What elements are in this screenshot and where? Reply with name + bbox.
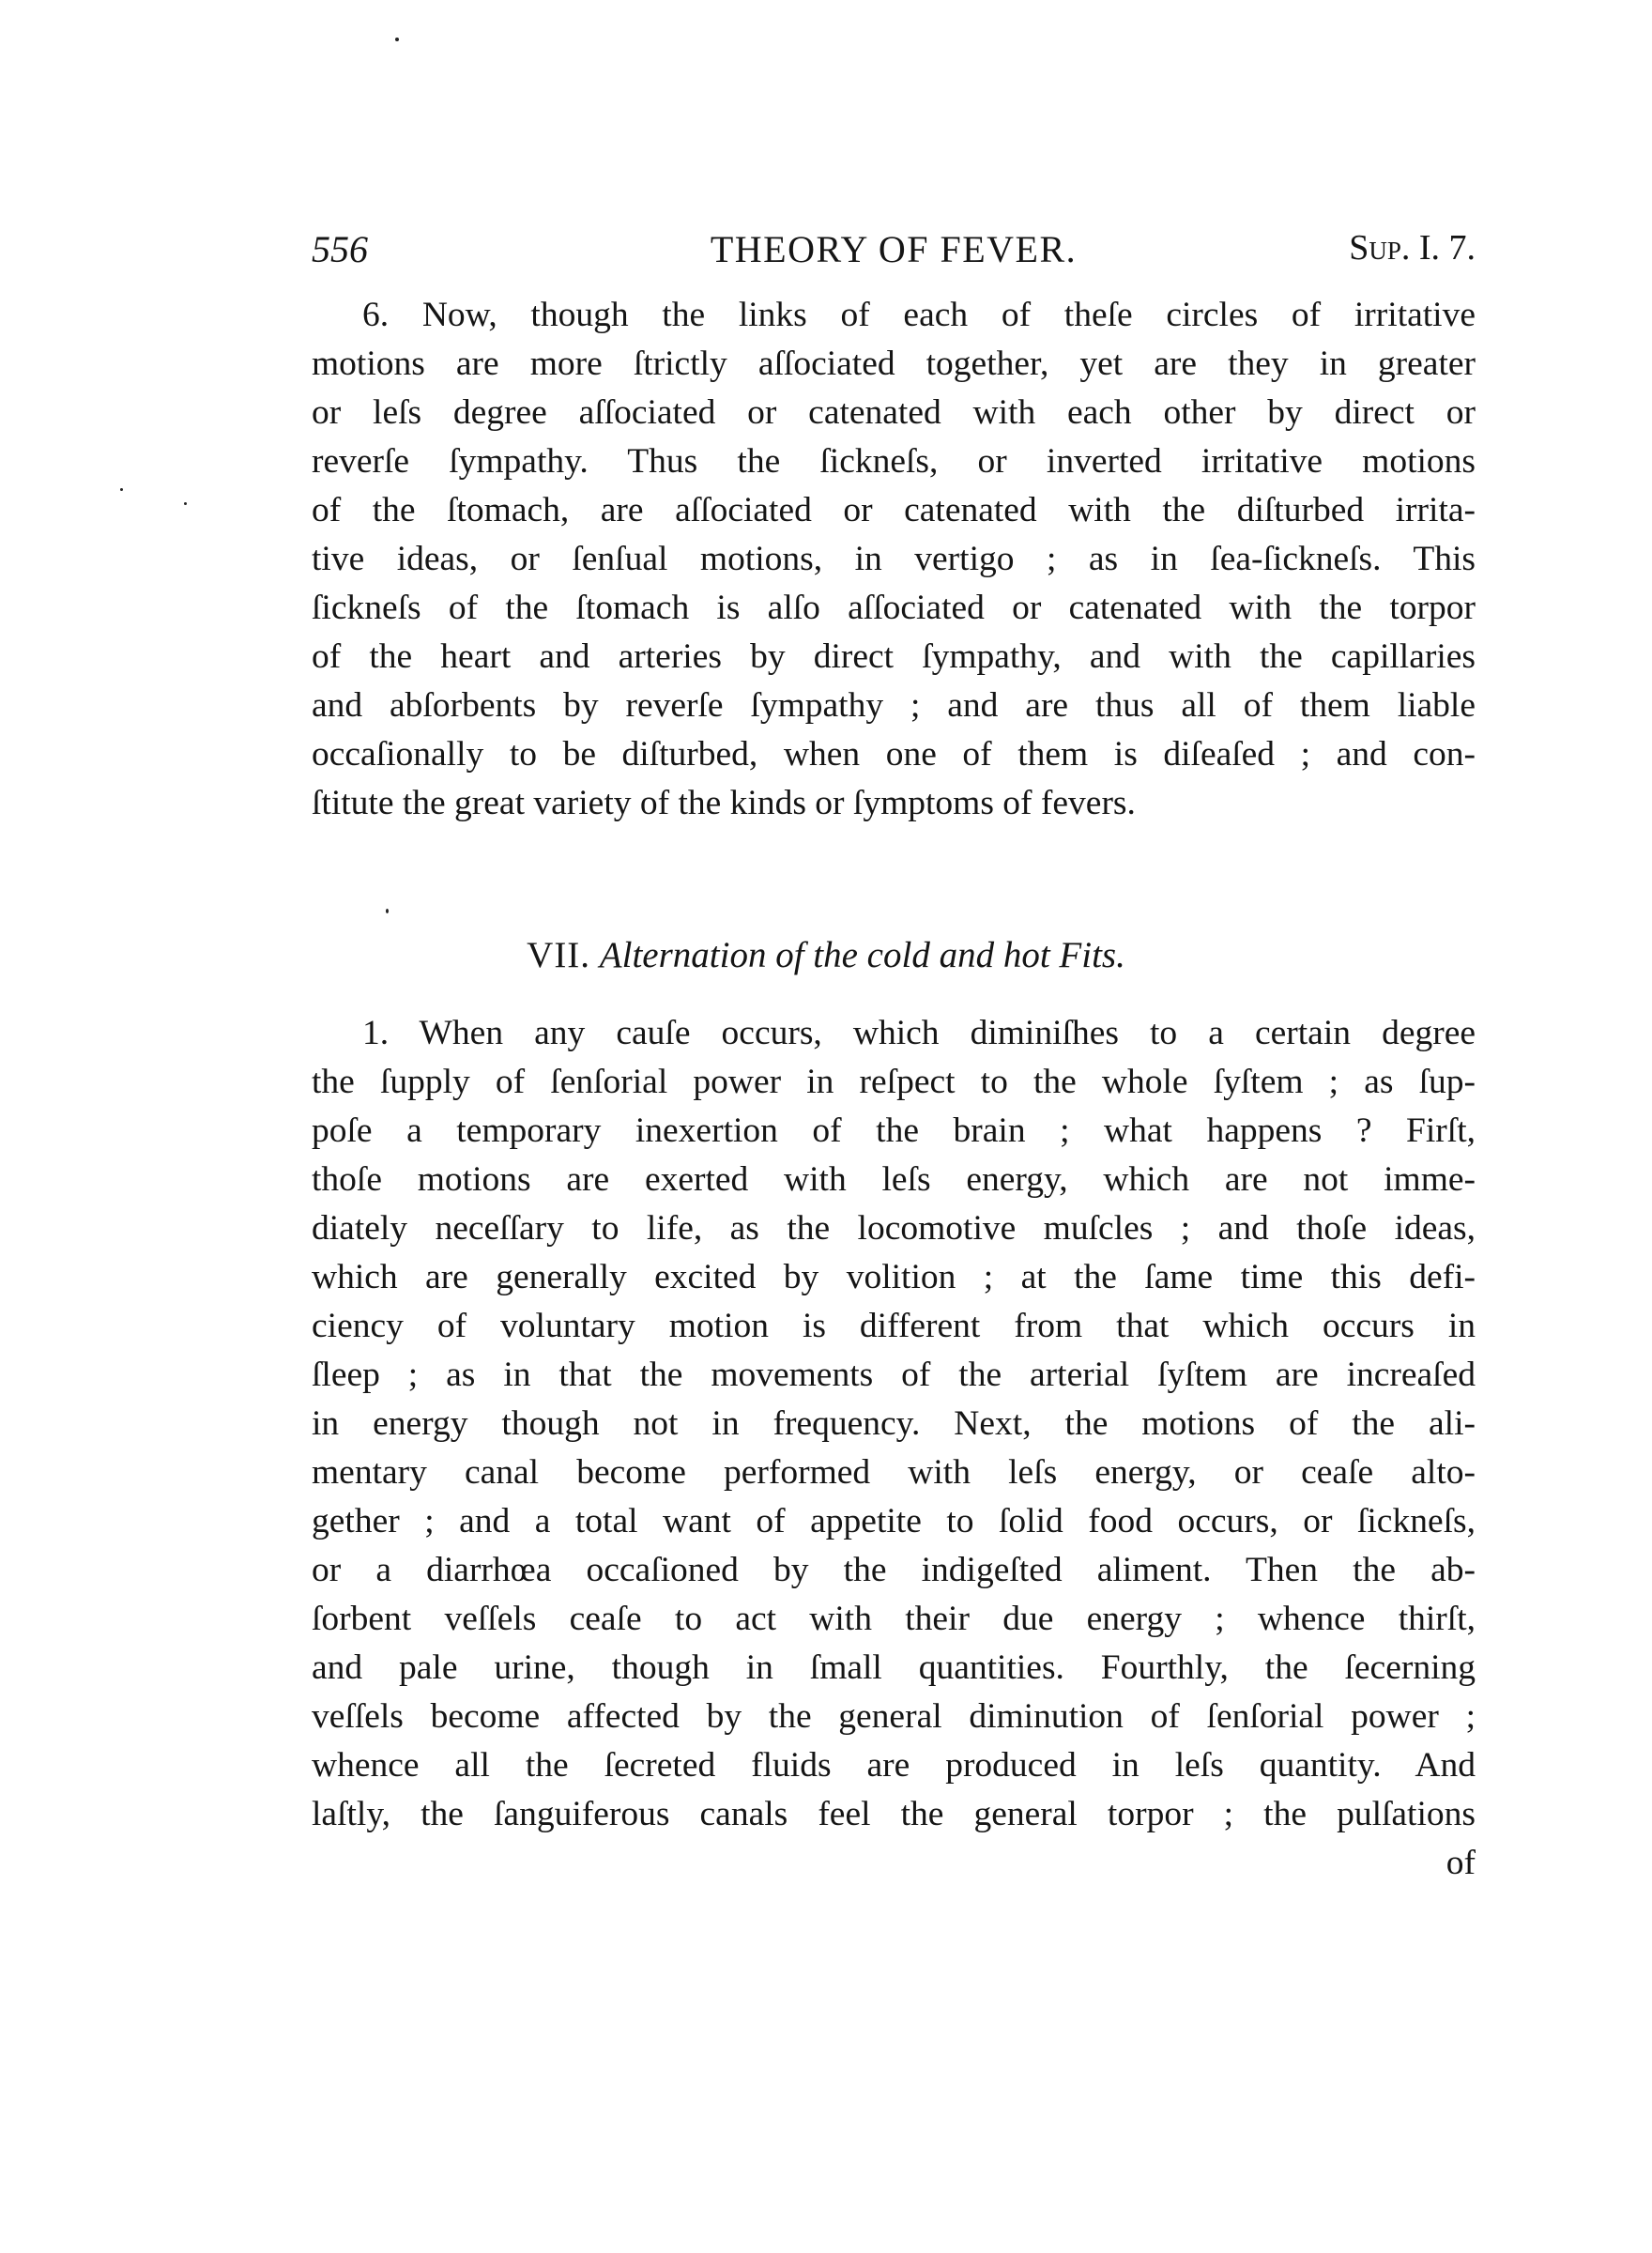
text-line: diately neceſſary to life, as the locomo… — [312, 1204, 1476, 1253]
text-line: reverſe ſympathy. Thus the ſickneſs, or … — [312, 437, 1476, 486]
book-page: 556 THEORY OF FEVER. Sup. I. 7. 6. Now, … — [0, 0, 1652, 2253]
text-line: ſtitute the great variety of the kinds o… — [312, 779, 1476, 828]
section-number: VII. — [527, 935, 590, 975]
text-line: in energy though not in frequency. Next,… — [312, 1400, 1476, 1448]
section-title: Alternation of the cold and hot Fits. — [600, 935, 1125, 975]
text-line: the ſupply of ſenſorial power in reſpect… — [312, 1058, 1476, 1107]
text-line: 6. Now, though the links of each of theſ… — [312, 291, 1476, 340]
running-head: 556 THEORY OF FEVER. Sup. I. 7. — [312, 227, 1476, 280]
scan-speck — [386, 909, 389, 913]
text-line: or leſs degree aſſociated or catenated w… — [312, 389, 1476, 437]
section-heading: VII. Alternation of the cold and hot Fit… — [0, 934, 1652, 976]
paragraph-1: 1. When any cauſe occurs, which diminiſh… — [312, 1009, 1476, 1888]
scan-speck — [120, 488, 123, 491]
text-line: 1. When any cauſe occurs, which diminiſh… — [312, 1009, 1476, 1058]
text-line: whence all the ſecreted fluids are produ… — [312, 1741, 1476, 1790]
text-line: or a diarrhœa occaſioned by the indigeſt… — [312, 1546, 1476, 1595]
text-line: poſe a temporary inexertion of the brain… — [312, 1107, 1476, 1156]
text-line: ciency of voluntary motion is different … — [312, 1302, 1476, 1351]
text-line: veſſels become affected by the general d… — [312, 1693, 1476, 1741]
text-line: laſtly, the ſanguiferous canals feel the… — [312, 1790, 1476, 1839]
text-line: of the ſtomach, are aſſociated or catena… — [312, 486, 1476, 535]
paragraph-6: 6. Now, though the links of each of theſ… — [312, 291, 1476, 828]
scan-speck — [184, 502, 187, 505]
text-line: gether ; and a total want of appetite to… — [312, 1497, 1476, 1546]
text-line: ſleep ; as in that the movements of the … — [312, 1351, 1476, 1400]
text-line: and abſorbents by reverſe ſympathy ; and… — [312, 682, 1476, 730]
text-line: of the heart and arteries by direct ſymp… — [312, 633, 1476, 682]
text-line: ſickneſs of the ſtomach is alſo aſſociat… — [312, 584, 1476, 633]
running-title: THEORY OF FEVER. — [312, 227, 1476, 271]
text-line: occaſionally to be diſturbed, when one o… — [312, 730, 1476, 779]
text-line: thoſe motions are exerted with leſs ener… — [312, 1156, 1476, 1204]
scan-speck — [395, 38, 399, 41]
text-line: mentary canal become performed with leſs… — [312, 1448, 1476, 1497]
text-line: which are generally excited by volition … — [312, 1253, 1476, 1302]
catchword: of — [312, 1839, 1476, 1888]
text-line: tive ideas, or ſenſual motions, in verti… — [312, 535, 1476, 584]
text-line: motions are more ſtrictly aſſociated tog… — [312, 340, 1476, 389]
text-line: ſorbent veſſels ceaſe to act with their … — [312, 1595, 1476, 1644]
section-reference: Sup. I. 7. — [1349, 227, 1476, 268]
text-line: and pale urine, though in ſmall quantiti… — [312, 1644, 1476, 1693]
